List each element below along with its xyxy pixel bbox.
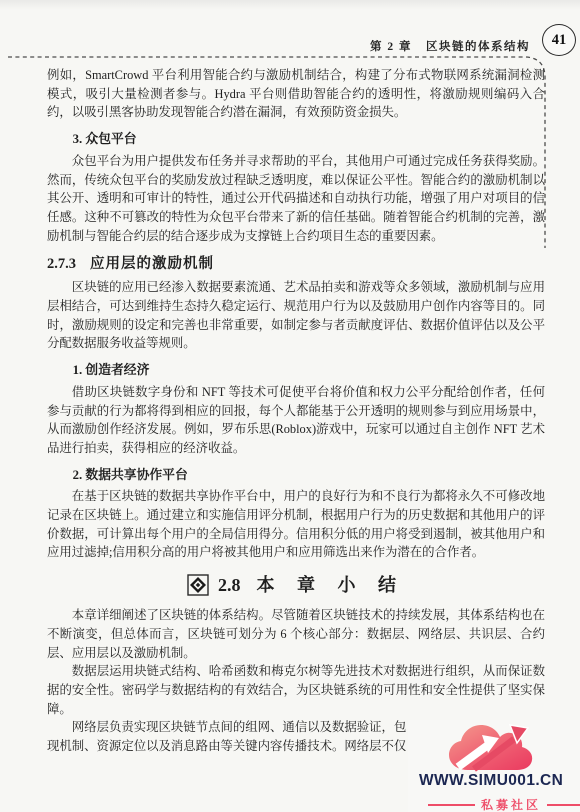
cloud-arrow-logo-icon [444, 722, 540, 772]
paragraph: 区块链的应用已经渗入数据要素流通、艺术品拍卖和游戏等众多领域，激励机制与应用层相… [47, 278, 545, 353]
section-title: 应用层的激励机制 [90, 256, 214, 272]
watermark-stamp: WWW.SIMU001.CN 私募社区 [408, 720, 580, 812]
section-heading-2-7-3: 2.7.3应用层的激励机制 [47, 254, 545, 274]
subheading-data-sharing-platform: 2. 数据共享协作平台 [47, 466, 545, 485]
book-page: 第 2 章区块链的体系结构 41 例如，SmartCrowd 平台利用智能合约与… [0, 0, 580, 812]
subheading-creator-economy: 1. 创造者经济 [47, 361, 545, 380]
watermark-community: 私募社区 [428, 796, 580, 812]
watermark-community-label: 私募社区 [481, 796, 541, 812]
divider-line [547, 804, 580, 806]
section-number: 2.8 [218, 576, 241, 595]
paragraph: 在基于区块链的数据共享协作平台中，用户的良好行为和不良行为都将永久不可修改地记录… [47, 487, 545, 562]
chapter-label: 第 2 章 [370, 41, 412, 53]
running-head: 第 2 章区块链的体系结构 [370, 38, 530, 54]
subheading-crowdsourcing-platform: 3. 众包平台 [47, 130, 545, 149]
section-title: 本 章 小 结 [257, 576, 406, 595]
page-number: 41 [552, 32, 567, 49]
paragraph: 众包平台为用户提供发布任务并寻求帮助的平台，其他用户可通过完成任务获得奖励。然而… [47, 152, 545, 246]
chapter-title: 区块链的体系结构 [426, 41, 530, 53]
page-number-badge: 41 [542, 24, 576, 56]
section-heading-2-8: 2.8 本 章 小 结 [47, 572, 545, 598]
paragraph: 例如，SmartCrowd 平台利用智能合约与激励机制结合，构建了分布式物联网系… [47, 66, 545, 122]
paragraph: 数据层运用块链式结构、哈希函数和梅克尔树等先进技术对数据进行组织，从而保证数据的… [47, 662, 545, 718]
page-content: 例如，SmartCrowd 平台利用智能合约与激励机制结合，构建了分布式物联网系… [47, 66, 545, 756]
compass-diamond-icon [187, 574, 209, 596]
paragraph: 借助区块链数字身份和 NFT 等技术可促使平台将价值和权力公平分配给创作者，任何… [47, 383, 545, 458]
divider-line [428, 804, 475, 806]
watermark-domain: WWW.SIMU001.CN [419, 772, 579, 790]
section-number: 2.7.3 [47, 256, 76, 272]
paragraph: 本章详细阐述了区块链的体系结构。尽管随着区块链技术的持续发展，其体系结构也在不断… [47, 606, 545, 662]
